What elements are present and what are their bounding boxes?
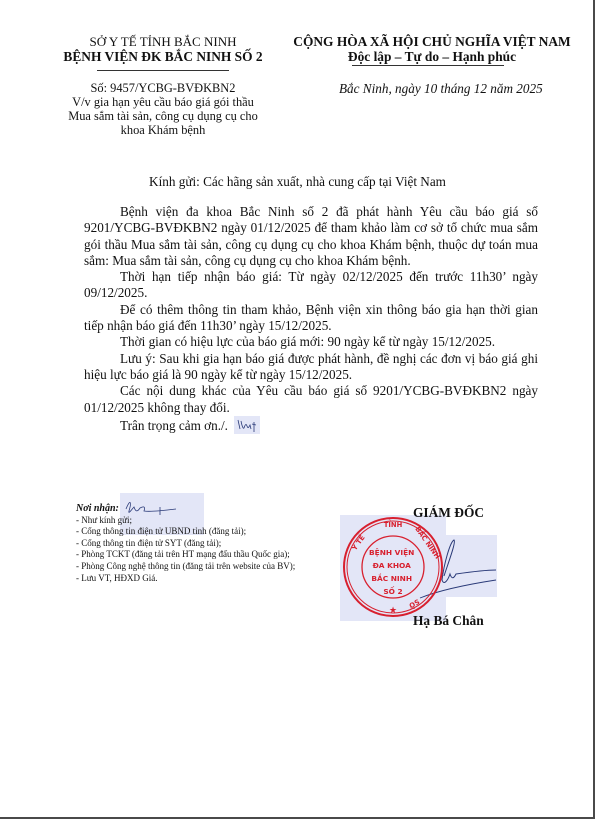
national-title: CỘNG HÒA XÃ HỘI CHỦ NGHĨA VIỆT NAM	[282, 34, 582, 49]
stamp-center-line-1: BỆNH VIỆN	[369, 548, 414, 557]
paragraph-closing: Trân trọng cảm ơn./.	[84, 416, 538, 434]
paragraph-note: Lưu ý: Sau khi gia hạn báo giá được phát…	[84, 351, 538, 384]
distribution-item: - Phòng Công nghệ thông tin (đăng tải tr…	[76, 561, 295, 573]
distribution-item: - Phòng TCKT (đăng tải trên HT mạng đấu …	[76, 549, 295, 561]
svg-text:BỆNH VIỆN ĐA KHOA: BỆNH VIỆN ĐA KHOA BẮC NINH SỐ 2	[369, 548, 417, 596]
paragraph-extension: Để có thêm thông tin tham khảo, Bệnh việ…	[84, 302, 538, 335]
signer-name: Hạ Bá Chân	[413, 613, 484, 629]
paragraph-unchanged: Các nội dung khác của Yêu cầu báo giá số…	[84, 383, 538, 416]
document-body: Bệnh viện đa khoa Bắc Ninh số 2 đã phát …	[84, 204, 538, 434]
distribution-label: Nơi nhận:	[76, 503, 295, 515]
place-date: Bắc Ninh, ngày 10 tháng 12 năm 2025	[339, 81, 543, 97]
paragraph-validity: Thời gian có hiệu lực của báo giá mới: 9…	[84, 334, 538, 350]
subject-line-3: khoa Khám bệnh	[40, 123, 286, 137]
recipient-line: Kính gửi: Các hãng sản xuất, nhà cung cấ…	[0, 174, 595, 190]
distribution-item: - Cổng thông tin điện tử SYT (đăng tải);	[76, 538, 295, 550]
document-number: Số: 9457/YCBG-BVĐKBN2	[40, 81, 286, 95]
initial-signature-icon	[234, 416, 260, 434]
svg-text:TỈNH: TỈNH	[384, 519, 403, 529]
header-left-underline	[97, 70, 229, 71]
stamp-star-icon: ★	[389, 606, 397, 616]
organization-name: BỆNH VIỆN ĐK BẮC NINH SỐ 2	[40, 49, 286, 64]
official-stamp: BỆNH VIỆN ĐA KHOA BẮC NINH SỐ 2 TỈNH Y T…	[341, 515, 445, 619]
distribution-item: - Như kính gửi;	[76, 515, 295, 527]
department-name: SỞ Y TẾ TỈNH BẮC NINH	[40, 34, 286, 49]
paragraph-intro: Bệnh viện đa khoa Bắc Ninh số 2 đã phát …	[84, 204, 538, 269]
document-page: SỞ Y TẾ TỈNH BẮC NINH BỆNH VIỆN ĐK BẮC N…	[0, 0, 595, 819]
subject-line-1: V/v gia hạn yêu cầu báo giá gói thầu	[40, 95, 286, 109]
national-header-block: CỘNG HÒA XÃ HỘI CHỦ NGHĨA VIỆT NAM Độc l…	[282, 34, 582, 66]
motto-underline	[352, 65, 504, 66]
subject-line-2: Mua sắm tài sản, công cụ dụng cụ cho	[40, 109, 286, 123]
distribution-list: Nơi nhận: - Như kính gửi; - Cổng thông t…	[76, 503, 295, 584]
national-motto: Độc lập – Tự do – Hạnh phúc	[282, 49, 582, 64]
paragraph-original-deadline: Thời hạn tiếp nhận báo giá: Từ ngày 02/1…	[84, 269, 538, 302]
distribution-item: - Lưu VT, HĐXD Giá.	[76, 573, 295, 585]
svg-text:BẮC NINH: BẮC NINH	[413, 524, 443, 561]
distribution-item: - Cổng thông tin điện tử UBND tỉnh (đăng…	[76, 526, 295, 538]
issuing-authority-block: SỞ Y TẾ TỈNH BẮC NINH BỆNH VIỆN ĐK BẮC N…	[40, 34, 286, 137]
closing-text: Trân trọng cảm ơn./.	[120, 418, 228, 433]
